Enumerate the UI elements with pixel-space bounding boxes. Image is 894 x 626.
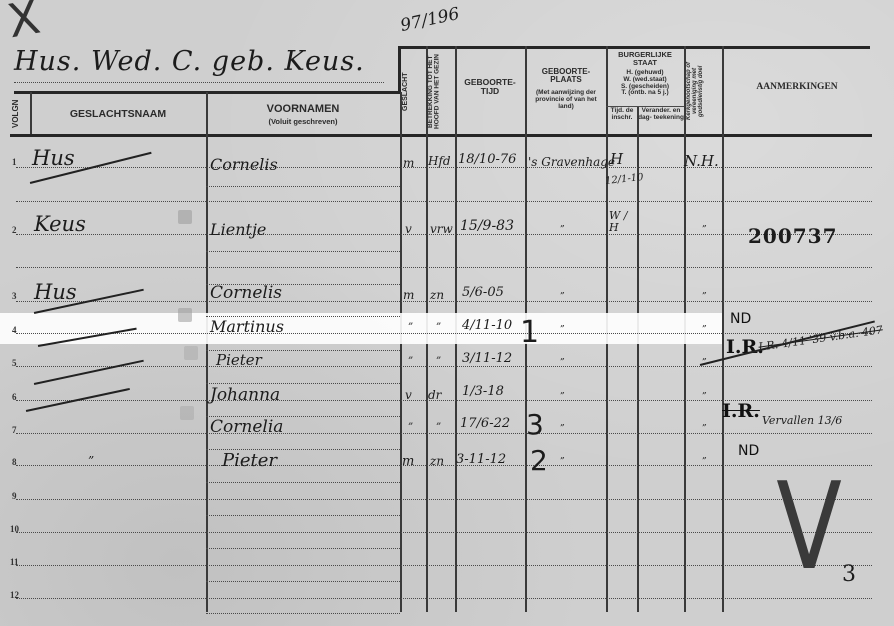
relation: zn bbox=[430, 454, 444, 468]
birth-date: 17/6-22 bbox=[460, 416, 510, 431]
header-geboorteplaats: GEBOORTE- PLAATS bbox=[527, 68, 605, 85]
col-line bbox=[722, 46, 724, 612]
header-voornamen-sub: (Voluit geschreven) bbox=[206, 118, 400, 126]
header-top-rule-right bbox=[398, 46, 870, 49]
birth-place: 's Gravenhage bbox=[528, 155, 615, 169]
given-subline bbox=[206, 251, 400, 252]
col-line bbox=[206, 92, 208, 612]
row-number: 1 bbox=[12, 157, 17, 167]
relation: Hfd bbox=[428, 154, 451, 168]
mark-number: 1 bbox=[520, 315, 539, 350]
row-number: 2 bbox=[12, 225, 17, 235]
given-subline bbox=[206, 383, 400, 384]
header-voornamen: VOORNAMEN bbox=[206, 104, 400, 116]
stamp-mark bbox=[184, 346, 198, 360]
birth-date: 5/6-05 bbox=[462, 285, 504, 300]
row-number: 11 bbox=[10, 557, 19, 567]
family-heading: Hus. Wed. C. geb. Keus. bbox=[14, 46, 365, 77]
header-kerkgenootschap: Kerkgenootschap of vereeniging met godsd… bbox=[686, 50, 720, 132]
header-geboortetijd: GEBOORTE- TIJD bbox=[457, 78, 523, 96]
row-line bbox=[16, 565, 872, 566]
corner-v-mark: V bbox=[776, 468, 842, 588]
row-line bbox=[16, 333, 872, 334]
col-line bbox=[400, 92, 402, 612]
given-name: Pieter bbox=[222, 450, 277, 471]
birth-date: 4/11-10 bbox=[462, 318, 512, 333]
stamp-mark bbox=[180, 406, 194, 420]
church-ditto: ” bbox=[702, 325, 707, 335]
given-subline bbox=[206, 515, 400, 516]
ditto-mark: ” bbox=[88, 454, 94, 468]
header-burgerlijke-staat-legend: H. (gehuwd) W. (wed.staat) S. (gescheide… bbox=[607, 70, 683, 97]
given-name: Cornelis bbox=[210, 155, 278, 174]
sex: v bbox=[405, 388, 412, 402]
surname: Hus bbox=[34, 280, 77, 304]
given-name: Martinus bbox=[210, 317, 284, 336]
header-aanmerkingen: AANMERKINGEN bbox=[722, 83, 872, 93]
header-burgerlijke-staat: BURGERLIJKE STAAT bbox=[607, 51, 683, 67]
header-step bbox=[398, 46, 401, 92]
given-subline bbox=[206, 482, 400, 483]
given-subline bbox=[206, 613, 400, 614]
stamp-mark bbox=[178, 308, 192, 322]
church: N.H. bbox=[684, 152, 719, 170]
birth-place-ditto: ” bbox=[560, 292, 565, 302]
given-name: Lientje bbox=[210, 220, 266, 239]
civil-state: H bbox=[610, 150, 623, 168]
birth-date: 3-11-12 bbox=[456, 452, 506, 467]
given-name: Cornelia bbox=[210, 417, 283, 437]
relation: dr bbox=[428, 388, 441, 402]
birth-date: 1/3-18 bbox=[462, 384, 504, 399]
header-bottom-rule bbox=[10, 134, 872, 137]
stamp-mark bbox=[178, 210, 192, 224]
birth-place-ditto: ” bbox=[560, 225, 565, 235]
church-ditto: ” bbox=[702, 424, 707, 434]
church-ditto: ” bbox=[702, 392, 707, 402]
sex: ” bbox=[408, 356, 413, 367]
remark-ir-vervallen: I.R. bbox=[722, 400, 760, 422]
remark-nd: ND bbox=[738, 443, 759, 459]
relation: ” bbox=[436, 422, 441, 433]
mark-number: 2 bbox=[530, 444, 548, 477]
sex: v bbox=[405, 222, 412, 236]
given-name: Cornelis bbox=[210, 283, 282, 303]
heading-underline bbox=[14, 82, 384, 83]
corner-v-sub: 3 bbox=[842, 562, 856, 587]
row-number: 7 bbox=[12, 425, 17, 435]
relation: ” bbox=[436, 356, 441, 367]
church-ditto: ” bbox=[702, 457, 707, 467]
civil-state: W / H bbox=[609, 210, 629, 234]
header-betrekking: BETREKKING TOT HET HOOFD VAN HET GEZIN bbox=[428, 52, 454, 132]
birth-place-ditto: ” bbox=[560, 457, 565, 467]
header-volgn: VOLGN bbox=[12, 96, 24, 132]
row-number: 3 bbox=[12, 291, 17, 301]
header-geboorteplaats-sub: (Met aanwijzing der provincie of van het… bbox=[527, 90, 605, 110]
sex: ” bbox=[408, 422, 413, 433]
remark-vervallen: Vervallen 13/6 bbox=[762, 414, 842, 427]
row-number: 5 bbox=[12, 358, 17, 368]
remark-nd: ND bbox=[730, 311, 751, 327]
sex: ” bbox=[408, 322, 413, 333]
relation: ” bbox=[436, 322, 441, 333]
birth-date: 3/11-12 bbox=[462, 351, 512, 366]
surname: Hus bbox=[32, 146, 75, 170]
given-subline bbox=[206, 581, 400, 582]
given-subline bbox=[206, 548, 400, 549]
row-line bbox=[16, 433, 872, 434]
row-number: 10 bbox=[10, 524, 19, 534]
row-line bbox=[16, 366, 872, 367]
relation: zn bbox=[430, 288, 444, 302]
row-line bbox=[16, 201, 872, 202]
stamp-number: 200737 bbox=[748, 224, 838, 248]
birth-place-ditto: ” bbox=[560, 358, 565, 368]
header-geslacht: GESLACHT bbox=[402, 52, 424, 132]
sex: m bbox=[403, 288, 414, 302]
row-number: 9 bbox=[12, 491, 17, 501]
birth-date: 15/9-83 bbox=[460, 218, 514, 234]
header-verander: Verander. en dag- teekening bbox=[638, 108, 684, 122]
surname: Keus bbox=[34, 212, 86, 236]
relation: vrw bbox=[430, 222, 453, 236]
row-line bbox=[16, 499, 872, 500]
row-line bbox=[16, 598, 872, 599]
row-line bbox=[16, 532, 872, 533]
row-4-highlight bbox=[0, 313, 722, 344]
header-tijd-inschr: Tijd. de inschr. bbox=[607, 108, 637, 122]
birth-date: 18/10-76 bbox=[458, 152, 516, 167]
given-subline bbox=[206, 186, 400, 187]
given-name: Johanna bbox=[210, 385, 280, 405]
church-ditto: ” bbox=[702, 292, 707, 302]
row-number: 6 bbox=[12, 392, 17, 402]
church-ditto: ” bbox=[702, 225, 707, 235]
sex: m bbox=[402, 454, 414, 469]
row-number: 12 bbox=[10, 590, 19, 600]
row-line bbox=[16, 267, 872, 268]
birth-place-ditto: ” bbox=[560, 424, 565, 434]
given-name: Pieter bbox=[216, 351, 262, 369]
header-geslachtsnaam: GESLACHTSNAAM bbox=[30, 109, 206, 120]
sex: m bbox=[403, 156, 414, 170]
birth-place-ditto: ” bbox=[560, 325, 565, 335]
birth-place-ditto: ” bbox=[560, 392, 565, 402]
row-number: 4 bbox=[12, 325, 17, 335]
row-number: 8 bbox=[12, 457, 17, 467]
legend-t: T. (ontb. na 5 j.) bbox=[607, 90, 683, 97]
mark-number: 3 bbox=[526, 408, 544, 441]
